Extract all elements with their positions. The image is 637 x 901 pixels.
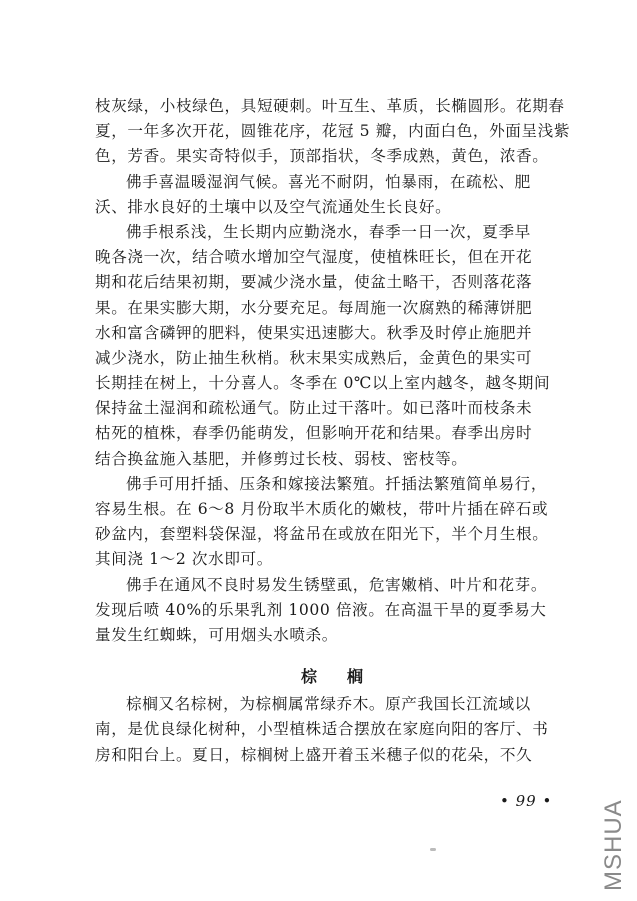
text-line: 枝灰绿，小枝绿色，具短硬刺。叶互生、革质，长椭圆形。花期春 <box>95 94 569 119</box>
text-line: 保持盆土湿润和疏松通气。防止过干落叶。如已落叶而枝条未 <box>95 396 569 421</box>
watermark: MSHUA <box>598 800 630 890</box>
paragraph-start: 棕榈又名棕树，为棕榈属常绿乔木。原产我国长江流域以 <box>95 692 569 717</box>
text-line: 砂盆内，套塑料袋保湿，将盆吊在或放在阳光下，半个月生根。 <box>95 522 569 547</box>
text-line: 南，是优良绿化树种，小型植株适合摆放在家庭向阳的客厅、书 <box>95 717 569 742</box>
text-line: 发现后喷 40%的乐果乳剂 1000 倍液。在高温干旱的夏季易大 <box>95 598 569 623</box>
paragraph-start: 佛手喜温暖湿润气候。喜光不耐阴，怕暴雨，在疏松、肥 <box>95 170 569 195</box>
text-line: 果。在果实膨大期，水分要充足。每周施一次腐熟的稀薄饼肥 <box>95 296 569 321</box>
paragraph-start: 佛手根系浅，生长期内应勤浇水，春季一日一次，夏季早 <box>95 220 569 245</box>
text-line: 水和富含磷钾的肥料，使果实迅速膨大。秋季及时停止施肥并 <box>95 321 569 346</box>
section-heading: 棕榈 <box>95 662 569 692</box>
text-line: 减少浇水，防止抽生秋梢。秋末果实成熟后，金黄色的果实可 <box>95 346 569 371</box>
text-line: 其间浇 1～2 次水即可。 <box>95 547 569 572</box>
text-line: 沃、排水良好的土壤中以及空气流通处生长良好。 <box>95 195 569 220</box>
text-line: 色，芳香。果实奇特似手，顶部指状，冬季成熟，黄色，浓香。 <box>95 144 569 169</box>
document-page: 枝灰绿，小枝绿色，具短硬刺。叶互生、革质，长椭圆形。花期春 夏，一年多次开花，圆… <box>95 94 569 768</box>
text-line: 量发生红蜘蛛，可用烟头水喷杀。 <box>95 623 569 648</box>
text-line: 房和阳台上。夏日，棕榈树上盛开着玉米穗子似的花朵，不久 <box>95 743 569 768</box>
text-line: 晚各浇一次，结合喷水增加空气湿度，使植株旺长，但在开花 <box>95 245 569 270</box>
text-line: 期和花后结果初期，要减少浇水量，使盆土略干，否则落花落 <box>95 270 569 295</box>
text-line: 结合换盆施入基肥，并修剪过长枝、弱枝、密枝等。 <box>95 447 569 472</box>
scan-smudge <box>430 848 436 851</box>
paragraph-start: 佛手可用扦插、压条和嫁接法繁殖。扦插法繁殖简单易行， <box>95 472 569 497</box>
text-line: 容易生根。在 6～8 月份取半木质化的嫩枝，带叶片插在碎石或 <box>95 497 569 522</box>
text-line: 枯死的植株，春季仍能萌发，但影响开花和结果。春季出房时 <box>95 421 569 446</box>
paragraph-start: 佛手在通风不良时易发生锈壁虱，危害嫩梢、叶片和花芽。 <box>95 573 569 598</box>
page-number: • 99 • <box>500 792 552 810</box>
text-line: 长期挂在树上，十分喜人。冬季在 0℃以上室内越冬，越冬期间 <box>95 371 569 396</box>
text-line: 夏，一年多次开花，圆锥花序，花冠 5 瓣，内面白色，外面呈浅紫 <box>95 119 569 144</box>
